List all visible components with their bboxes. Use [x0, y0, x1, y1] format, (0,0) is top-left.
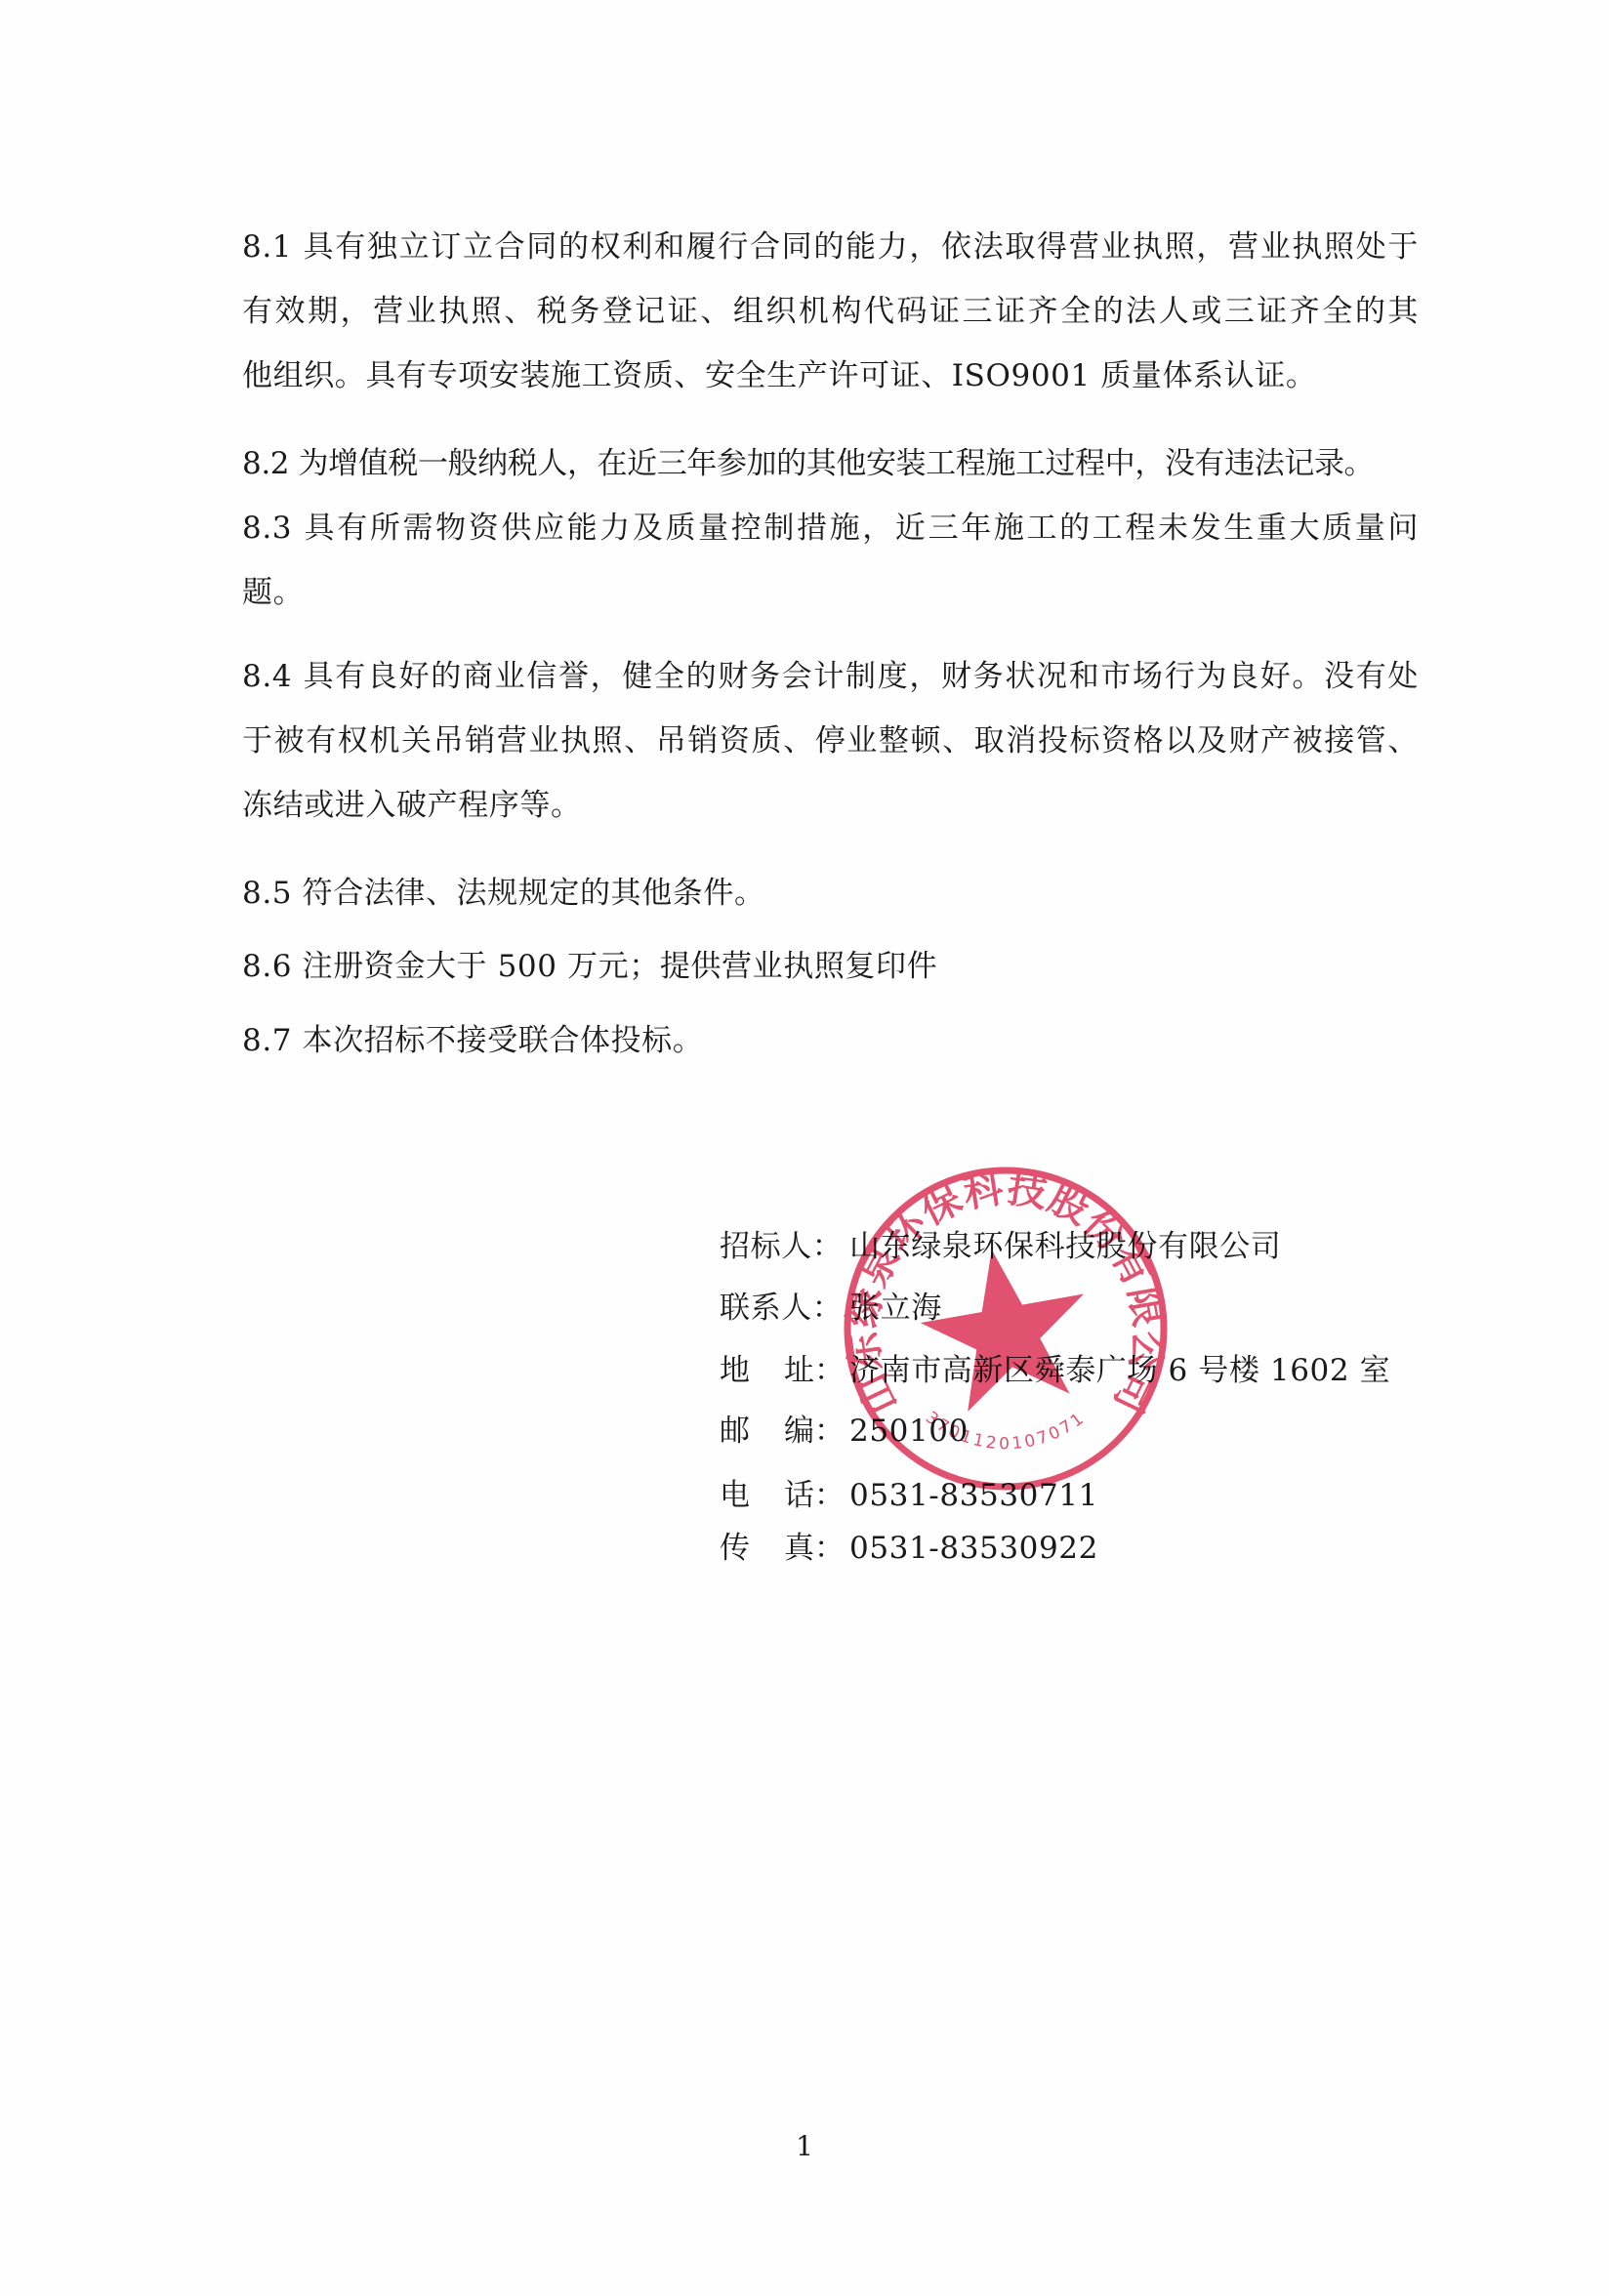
- address-label: 地址：: [720, 1351, 849, 1390]
- clause-8-4-line-2: 于被有权机关吊销营业执照、吊销资质、停业整顿、取消投标资格以及财产被接管、: [242, 721, 1419, 760]
- fax-row: 传真：0531-83530922: [720, 1529, 1098, 1568]
- clause-8-6: 8.6 注册资金大于 500 万元；提供营业执照复印件: [242, 947, 937, 986]
- clause-8-2-line-1: 8.2 为增值税一般纳税人，在近三年参加的其他安装工程施工过程中，没有违法记录。: [242, 444, 1374, 483]
- tenderer-label: 招标人：: [720, 1227, 849, 1266]
- document-page: 8.1 具有独立订立合同的权利和履行合同的能力，依法取得营业执照，营业执照处于 …: [0, 0, 1609, 2296]
- page-number: 1: [0, 2132, 1609, 2161]
- clause-8-4-line-1: 8.4 具有良好的商业信誉，健全的财务会计制度，财务状况和市场行为良好。没有处: [242, 657, 1419, 696]
- clause-8-7: 8.7 本次招标不接受联合体投标。: [242, 1021, 703, 1060]
- postcode-label: 邮编：: [720, 1412, 849, 1451]
- seal-code-text: 3701120107071: [922, 1408, 1090, 1454]
- clause-8-1-line-2: 有效期，营业执照、税务登记证、组织机构代码证三证齐全的法人或三证齐全的其: [242, 292, 1419, 331]
- clause-8-5: 8.5 符合法律、法规规定的其他条件。: [242, 874, 765, 913]
- clause-8-1-line-3: 他组织。具有专项安装施工资质、安全生产许可证、ISO9001 质量体系认证。: [242, 356, 1316, 395]
- fax-value: 0531-83530922: [849, 1531, 1098, 1566]
- clause-8-3-line-2: 题。: [242, 573, 304, 612]
- fax-label: 传真：: [720, 1529, 849, 1568]
- company-seal-stamp: 山东绿泉环保科技股份有限公司 3701120107071: [842, 1165, 1170, 1493]
- phone-label: 电话：: [720, 1476, 849, 1515]
- contact-label: 联系人：: [720, 1289, 849, 1328]
- clause-8-1-line-1: 8.1 具有独立订立合同的权利和履行合同的能力，依法取得营业执照，营业执照处于: [242, 227, 1419, 266]
- clause-8-3-line-1: 8.3 具有所需物资供应能力及质量控制措施，近三年施工的工程未发生重大质量问: [242, 509, 1419, 548]
- clause-8-4-line-3: 冻结或进入破产程序等。: [242, 786, 582, 825]
- seal-star-icon: [910, 1235, 1100, 1416]
